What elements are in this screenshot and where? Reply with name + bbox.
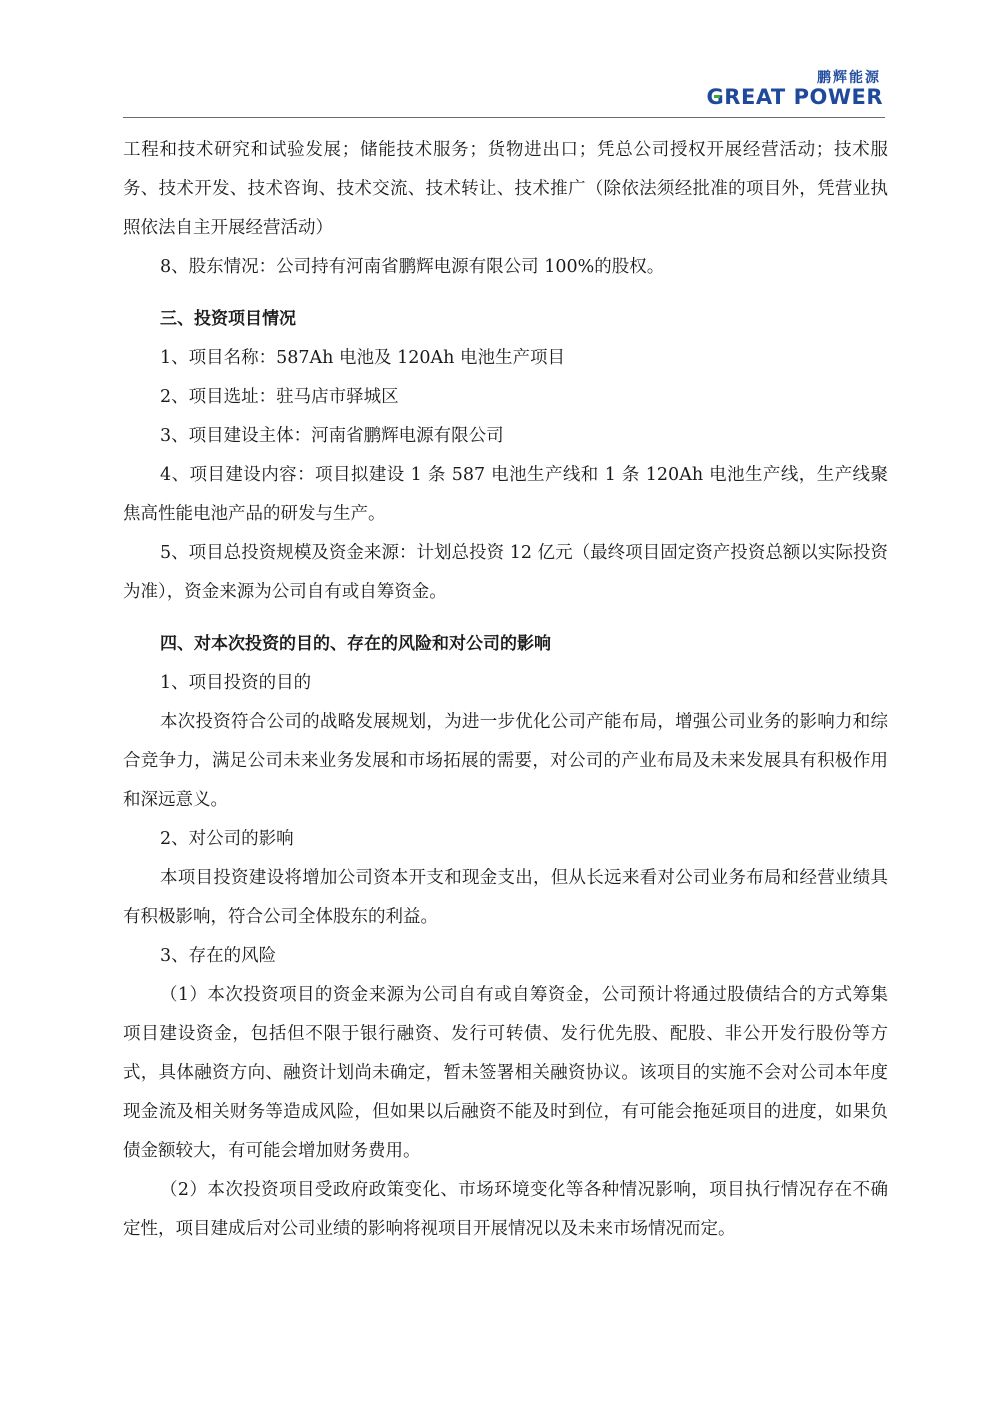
logo-english-rest: REAT POWER [724, 85, 883, 109]
continuation-paragraph: 工程和技术研究和试验发展；储能技术服务；货物进出口；凭总公司授权开展经营活动；技… [123, 131, 888, 248]
project-entity: 3、项目建设主体：河南省鹏辉电源有限公司 [123, 417, 888, 456]
purpose-text: 本次投资符合公司的战略发展规划，为进一步优化公司产能布局，增强公司业务的影响力和… [123, 703, 888, 820]
logo-g-letter: G [707, 85, 725, 109]
project-content: 4、项目建设内容：项目拟建设 1 条 587 电池生产线和 1 条 120Ah … [123, 456, 888, 534]
shareholder-info: 8、股东情况：公司持有河南省鹏辉电源有限公司 100%的股权。 [123, 248, 888, 287]
risk-2-text: （2）本次投资项目受政府政策变化、市场环境变化等各种情况影响，项目执行情况存在不… [123, 1171, 888, 1249]
section-3-heading: 三、投资项目情况 [123, 300, 888, 339]
logo-chinese-name: 鹏辉能源 [707, 70, 881, 86]
project-location: 2、项目选址：驻马店市驿城区 [123, 378, 888, 417]
impact-subheading: 2、对公司的影响 [123, 820, 888, 859]
project-name: 1、项目名称：587Ah 电池及 120Ah 电池生产项目 [123, 339, 888, 378]
section-4-heading: 四、对本次投资的目的、存在的风险和对公司的影响 [123, 625, 888, 664]
impact-text: 本项目投资建设将增加公司资本开支和现金支出，但从长远来看对公司业务布局和经营业绩… [123, 859, 888, 937]
header-divider [123, 117, 885, 118]
project-investment: 5、项目总投资规模及资金来源：计划总投资 12 亿元（最终项目固定资产投资总额以… [123, 534, 888, 612]
logo-english-name: GREAT POWER [707, 86, 883, 108]
risk-subheading: 3、存在的风险 [123, 937, 888, 976]
risk-1-text: （1）本次投资项目的资金来源为公司自有或自筹资金，公司预计将通过股债结合的方式筹… [123, 976, 888, 1171]
company-logo: 鹏辉能源 GREAT POWER [707, 70, 883, 108]
page-header: 鹏辉能源 GREAT POWER [123, 70, 885, 120]
purpose-subheading: 1、项目投资的目的 [123, 664, 888, 703]
document-body: 工程和技术研究和试验发展；储能技术服务；货物进出口；凭总公司授权开展经营活动；技… [123, 131, 888, 1249]
